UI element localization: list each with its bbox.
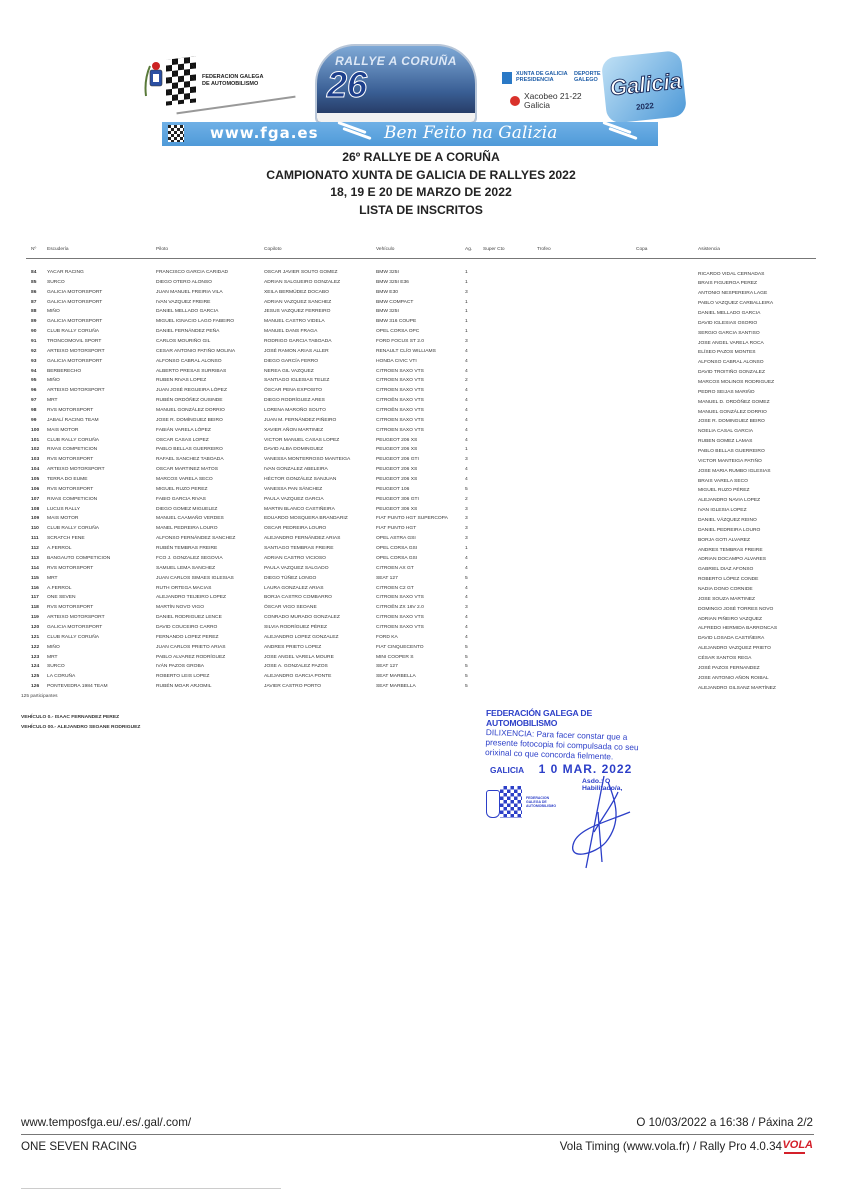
entry-pilot: DANIEL MELLADO GARCIA xyxy=(156,307,218,317)
table-row: 96ARTEIXO MOTORSPORTJUAN JOSÉ REGUEIRA L… xyxy=(0,386,842,396)
entry-number: 89 xyxy=(31,317,36,327)
table-row: 98RVS MOTORSPORTMANUEL GONZÁLEZ DORRIOLO… xyxy=(0,406,842,416)
entry-group: 4 xyxy=(465,465,468,475)
entry-group: 5 xyxy=(465,653,468,663)
entry-pilot: CESAR ANTONIO PATIÑO MOLINA xyxy=(156,347,235,357)
entry-group: 1 xyxy=(465,268,468,278)
table-row: 91TRONCOMOVIL SPORTCARLOS MOURIÑO GILROD… xyxy=(0,337,842,347)
entry-team: TRONCOMOVIL SPORT xyxy=(47,337,101,347)
entry-number: 99 xyxy=(31,416,36,426)
entry-pilot: MANUEL CAAMAÑO VERDES xyxy=(156,514,224,524)
entry-team: LUCUS RALLY xyxy=(47,505,80,515)
entry-number: 92 xyxy=(31,347,36,357)
entry-group: 4 xyxy=(465,416,468,426)
entry-pilot: ALEJANDRO TEIJEIRO LOPEZ xyxy=(156,593,226,603)
entry-number: 110 xyxy=(31,524,39,534)
entry-number: 97 xyxy=(31,396,36,406)
footer-url: www.temposfga.eu/.es/.gal/.com/ xyxy=(21,1116,191,1129)
entry-vehicle: BMW 325I xyxy=(376,268,399,278)
entry-pilot: SAMUEL LEMA SANCHEZ xyxy=(156,564,215,574)
entry-vehicle: PEUGEOT 206 XS xyxy=(376,465,417,475)
entry-vehicle: OPEL CORSA OPC xyxy=(376,327,419,337)
entry-pilot: MIGUEL RUZO PEREZ xyxy=(156,485,207,495)
entry-group: 3 xyxy=(465,603,468,613)
entry-team: MIÑO xyxy=(47,307,60,317)
entry-vehicle: PEUGEOT 206 XS xyxy=(376,475,417,485)
entry-number: 87 xyxy=(31,298,36,308)
entry-pilot: JOSE R. DOMÍNGUEZ BEIRO xyxy=(156,416,223,426)
header-divider xyxy=(26,258,816,259)
table-row: 112A.FERROLRUBÉN TEMBRAS FREIRESANTIAGO … xyxy=(0,544,842,554)
entry-team: CLUB RALLY CORUÑA xyxy=(47,436,99,446)
table-row: 116A.FERROLRUTH ORTEGA MACIASLAURA GONZA… xyxy=(0,584,842,594)
entry-copilot: DAVID ALBA DOMINGUEZ xyxy=(264,445,323,455)
entry-copilot: OSCAR JAVIER SOUTO GOMEZ xyxy=(264,268,337,278)
entry-group: 4 xyxy=(465,554,468,564)
entry-vehicle: SEAT MARBELLA xyxy=(376,672,416,682)
fga-url: www.fga.es xyxy=(210,124,319,142)
checkered-flag-icon xyxy=(166,56,196,105)
table-row: 92ARTEIXO MOTORSPORTCESAR ANTONIO PATIÑO… xyxy=(0,347,842,357)
table-row: 87GALICIA MOTORSPORTIVAN VAZQUEZ FREIREA… xyxy=(0,298,842,308)
entry-vehicle: PEUGEOT 306 GTI xyxy=(376,495,419,505)
entry-vehicle: CITROEN SAXO VTS xyxy=(376,426,424,436)
entry-pilot: RUTH ORTEGA MACIAS xyxy=(156,584,211,594)
table-row: 114RVS MOTORSPORTSAMUEL LEMA SANCHEZPAUL… xyxy=(0,564,842,574)
entry-copilot: ALEJANDRO GARCIA PONTE xyxy=(264,672,331,682)
table-row: 90CLUB RALLY CORUÑADANIEL FERNÁNDEZ PEÑA… xyxy=(0,327,842,337)
scan-edge-line xyxy=(21,1188,281,1189)
entry-group: 2 xyxy=(465,495,468,505)
header-pilot: Piloto xyxy=(156,247,168,252)
entry-vehicle: BMW 325I xyxy=(376,307,399,317)
entry-pilot: FABIÁN VARELA LÓPEZ xyxy=(156,426,211,436)
entry-vehicle: OPEL CORSA GSI xyxy=(376,554,417,564)
entry-number: 93 xyxy=(31,357,36,367)
participants-count: 125 participantes xyxy=(21,694,58,699)
entry-copilot: SILVIA RODRÍGUEZ PÉREZ xyxy=(264,623,327,633)
entry-number: 91 xyxy=(31,337,36,347)
header-trophy: Trofeo xyxy=(537,247,551,252)
entry-pilot: MARCOS VARELA SECO xyxy=(156,475,213,485)
entry-group: 4 xyxy=(465,564,468,574)
entry-pilot: OSCAR CASAS LOPEZ xyxy=(156,436,209,446)
entry-team: BANGAUTO COMPETICION xyxy=(47,554,110,564)
entry-group: 3 xyxy=(465,337,468,347)
entry-copilot: XAVIER AÑON MARTINEZ xyxy=(264,426,323,436)
entry-group: 1 xyxy=(465,544,468,554)
entry-group: 5 xyxy=(465,574,468,584)
entry-pilot: IVÁN PAZOS GROBA xyxy=(156,662,204,672)
entry-group: 4 xyxy=(465,357,468,367)
entry-pilot: ALBERTO PRESAS SURRIBAS xyxy=(156,367,226,377)
entry-vehicle: FIAT PUNTO HGT SUPERCOPA xyxy=(376,514,448,524)
championship-title: CAMPIONATO XUNTA DE GALICIA DE RALLYES 2… xyxy=(0,167,842,185)
entry-team: RVS MOTORSPORT xyxy=(47,564,93,574)
entry-group: 4 xyxy=(465,475,468,485)
table-row: 106RVS MOTORSPORTMIGUEL RUZO PEREZVANESS… xyxy=(0,485,842,495)
entry-vehicle: SEAT 127 xyxy=(376,574,398,584)
entry-vehicle: CITROEN SAXO VTS xyxy=(376,386,424,396)
entry-number: 123 xyxy=(31,653,39,663)
entry-number: 88 xyxy=(31,307,36,317)
certification-stamp: FEDERACIÓN GALEGA DE AUTOMOBILISMO DILIX… xyxy=(486,708,646,868)
entry-group: 4 xyxy=(465,396,468,406)
entry-team: ARTEIXO MOTORSPORT xyxy=(47,386,105,396)
entry-pilot: FABIO GARCIA RIVAS xyxy=(156,495,206,505)
course-vehicles: VEHÍCULO 0.- ISAAC FERNANDEZ PEREZ VEHÍC… xyxy=(21,713,140,732)
sponsor-logos: XUNTA DE GALICIA PRESIDENCIA DEPORTE GAL… xyxy=(502,70,612,120)
entry-pilot: CARLOS MOURIÑO GIL xyxy=(156,337,210,347)
entry-group: 4 xyxy=(465,347,468,357)
entry-number: 116 xyxy=(31,584,39,594)
entry-number: 120 xyxy=(31,623,39,633)
entry-pilot: RUBÉN TEMBRAS FREIRE xyxy=(156,544,217,554)
entry-copilot: NEREA GIL VAZQUEZ xyxy=(264,367,314,377)
entry-team: A.FERROL xyxy=(47,584,71,594)
table-row: 103RVS MOTORSPORTRAFAEL SANCHEZ TABOADAV… xyxy=(0,455,842,465)
entry-team: GALICIA MOTORSPORT xyxy=(47,298,102,308)
galicia-logo-text: Galicia xyxy=(609,68,683,101)
entry-team: ARTEIXO MOTORSPORT xyxy=(47,347,105,357)
entry-number: 102 xyxy=(31,445,39,455)
entry-copilot: DIEGO RODRÍGUEZ ARES xyxy=(264,396,325,406)
entry-number: 121 xyxy=(31,633,39,643)
entry-group: 1 xyxy=(465,445,468,455)
entry-number: 124 xyxy=(31,662,39,672)
entry-group: 3 xyxy=(465,505,468,515)
entry-pilot: PABLO BELLAS GUERREIRO xyxy=(156,445,223,455)
entry-team: A.FERROL xyxy=(47,544,71,554)
rally-plate-number: 26 xyxy=(327,64,367,106)
header-copilot: Copiloto xyxy=(264,247,282,252)
entry-group: 1 xyxy=(465,317,468,327)
entry-number: 109 xyxy=(31,514,39,524)
header-num: Nº xyxy=(31,247,36,252)
xacobeo-sub: Galicia xyxy=(524,100,550,110)
entry-group: 1 xyxy=(465,278,468,288)
entry-number: 98 xyxy=(31,406,36,416)
table-row: 102RIVAS COMPETICIONPABLO BELLAS GUERREI… xyxy=(0,445,842,455)
entry-team: MRT xyxy=(47,574,58,584)
entry-copilot: DIEGO GARCÍA FERRO xyxy=(264,357,318,367)
entry-copilot: JOSE ANGEL VARELA MOURE xyxy=(264,653,334,663)
entry-copilot: MARTIN BLANCO CASTIÑEIRA xyxy=(264,505,335,515)
header-cup: Copa xyxy=(636,247,647,252)
entry-team: ONE SEVEN xyxy=(47,593,76,603)
entry-copilot: HÉCTOR GONZÁLEZ SANJUAN xyxy=(264,475,336,485)
entry-team: GALICIA MOTORSPORT xyxy=(47,317,102,327)
entry-vehicle: CITROEN SAXO VTS xyxy=(376,623,424,633)
entry-copilot: DIEGO TÚÑEZ LONGO xyxy=(264,574,316,584)
entry-copilot: ALEJANDRO FERNÁNDEZ ARIAS xyxy=(264,534,340,544)
entry-copilot: JOSÉ RAMON ARIAS ALLER xyxy=(264,347,329,357)
table-row: 99JABALÍ RACING TEAMJOSE R. DOMÍNGUEZ BE… xyxy=(0,416,842,426)
table-row: 95MIÑORUBEN RIVAS LOPEZSANTIAGO IGLESIAS… xyxy=(0,376,842,386)
entry-team: MRT xyxy=(47,653,58,663)
entry-copilot: PAULA VAZQUEZ SALGADO xyxy=(264,564,329,574)
entry-pilot: ALFONSO CABRAL ALONSO xyxy=(156,357,222,367)
table-row: 104ARTEIXO MOTORSPORTOSCAR MARTINEZ MATO… xyxy=(0,465,842,475)
entry-copilot: CONRADO MURADO GONZALEZ xyxy=(264,613,340,623)
header-vehicle: Vehículo xyxy=(376,247,394,252)
entry-team: YACAR RACING xyxy=(47,268,84,278)
entry-pilot: MARTÍN NOVO VIGO xyxy=(156,603,204,613)
entry-copilot: PAULA VAZQUEZ GARCIA xyxy=(264,495,324,505)
entry-team: RVS MOTORSPORT xyxy=(47,406,93,416)
table-row: 101CLUB RALLY CORUÑAOSCAR CASAS LOPEZVIC… xyxy=(0,436,842,446)
table-row: 89GALICIA MOTORSPORTMIGUEL IGNACIO LAGO … xyxy=(0,317,842,327)
entry-group: 2 xyxy=(465,376,468,386)
entry-vehicle: PEUGEOT 206 GTI xyxy=(376,455,419,465)
entry-pilot: JUAN JOSÉ REGUEIRA LÓPEZ xyxy=(156,386,227,396)
entry-vehicle: FORD KA xyxy=(376,633,398,643)
entry-team: GALICIA MOTORSPORT xyxy=(47,623,102,633)
table-row: 108LUCUS RALLYDIEGO GOMEZ MIGUELEZMARTIN… xyxy=(0,505,842,515)
entry-number: 108 xyxy=(31,505,39,515)
entry-vehicle: BMW 316 COUPE xyxy=(376,317,416,327)
entry-group: 4 xyxy=(465,436,468,446)
entry-copilot: XEILA BERMÚDEZ DOCABO xyxy=(264,288,329,298)
entry-copilot: LAURA GONZALEZ ARIAS xyxy=(264,584,324,594)
entry-pilot: ROBERTO LEIS LOPEZ xyxy=(156,672,209,682)
entry-group: 3 xyxy=(465,288,468,298)
entry-pilot: MANEL PEDREIRA LOURO xyxy=(156,524,218,534)
table-row: 120GALICIA MOTORSPORTDAVID COUCEIRO CARR… xyxy=(0,623,842,633)
stamp-fga-logo: FEDERACION GALEGA DE AUTOMOBILISMO xyxy=(486,786,536,822)
entry-number: 111 xyxy=(31,534,39,544)
entry-pilot: MIGUEL IGNACIO LAGO FABEIRO xyxy=(156,317,234,327)
header-super: Super Cto xyxy=(483,247,505,252)
entry-team: CLUB RALLY CORUÑA xyxy=(47,524,99,534)
entry-list: 84YACAR RACINGFRANCISCO GARCIA CARIDADOS… xyxy=(0,268,842,692)
entry-pilot: JUAN CARLOS SIMAES IGLESIAS xyxy=(156,574,234,584)
federation-name: FEDERACION GALEGA DE AUTOMOBILISMO xyxy=(202,74,272,88)
entry-pilot: DIEGO OTERO ALONSO xyxy=(156,278,212,288)
entry-pilot: DIEGO GOMEZ MIGUELEZ xyxy=(156,505,217,515)
table-row: 84YACAR RACINGFRANCISCO GARCIA CARIDADOS… xyxy=(0,268,842,278)
entry-group: 5 xyxy=(465,485,468,495)
galicia-logo-year: 2022 xyxy=(636,101,655,112)
list-title: LISTA DE INSCRITOS xyxy=(0,202,842,220)
table-row: 113BANGAUTO COMPETICIONFCO J. GONZALEZ S… xyxy=(0,554,842,564)
entry-team: RIVAS COMPETICION xyxy=(47,445,97,455)
entry-copilot: EDUARDO MOSQUERA BRANDARIZ xyxy=(264,514,348,524)
entry-copilot: ALEJANDRO LOPEZ GONZALEZ xyxy=(264,633,338,643)
table-row: 107RIVAS COMPETICIONFABIO GARCIA RIVASPA… xyxy=(0,495,842,505)
entry-group: 4 xyxy=(465,584,468,594)
entry-pilot: RUBÉN MOAR ARJOMIL xyxy=(156,682,211,692)
entry-copilot: SANTIAGO TEMBRAS FREIRE xyxy=(264,544,333,554)
entry-vehicle: CITROEN SAXO VTS xyxy=(376,376,424,386)
event-banner: FEDERACION GALEGA DE AUTOMOBILISMO RALLY… xyxy=(140,48,690,120)
entry-copilot: ANDRES PRIETO LOPEZ xyxy=(264,643,321,653)
entry-number: 90 xyxy=(31,327,36,337)
entry-copilot: BORJA CASTRO COMBARRO xyxy=(264,593,332,603)
entry-vehicle: FIAT PUNTO HGT xyxy=(376,524,416,534)
entry-copilot: RODRIGO GARCIA TABOADA xyxy=(264,337,331,347)
entry-number: 107 xyxy=(31,495,39,505)
table-row: 118RVS MOTORSPORTMARTÍN NOVO VIGOÓSCAR V… xyxy=(0,603,842,613)
entry-pilot: MANUEL GONZÁLEZ DORRIO xyxy=(156,406,225,416)
entry-group: 5 xyxy=(465,682,468,692)
table-row: 100MAIS MOTORFABIÁN VARELA LÓPEZXAVIER A… xyxy=(0,426,842,436)
entry-group: 4 xyxy=(465,426,468,436)
entry-number: 94 xyxy=(31,367,36,377)
entry-pilot: FERNANDO LOPEZ PEREZ xyxy=(156,633,219,643)
entry-number: 96 xyxy=(31,386,36,396)
table-row: 110CLUB RALLY CORUÑAMANEL PEDREIRA LOURO… xyxy=(0,524,842,534)
entry-pilot: FCO J. GONZALEZ SEGOVIA xyxy=(156,554,223,564)
xunta-sub: PRESIDENCIA xyxy=(516,77,554,83)
entry-vehicle: CITROEN SAXO VTS xyxy=(376,416,424,426)
stamp-text: DILIXENCIA: Para facer constar que a pre… xyxy=(485,728,646,763)
entry-number: 100 xyxy=(31,426,39,436)
entry-group: 5 xyxy=(465,662,468,672)
entry-number: 103 xyxy=(31,455,39,465)
entry-team: GALICIA MOTORSPORT xyxy=(47,357,102,367)
entry-pilot: RUBÉN ORDÓÑEZ OUSINDE xyxy=(156,396,223,406)
entry-vehicle: CITROEN SAXO VTS xyxy=(376,593,424,603)
entry-copilot: SANTIAGO IGLESIAS TELEZ xyxy=(264,376,329,386)
entry-vehicle: OPEL CORSA GSI xyxy=(376,544,417,554)
entry-copilot: IVAN GONZALEZ ABELEIRA xyxy=(264,465,328,475)
checkered-flag-icon xyxy=(500,786,522,818)
entry-group: 4 xyxy=(465,613,468,623)
sponsor-strip xyxy=(317,113,475,122)
entry-team: SURCO xyxy=(47,278,65,288)
entry-vehicle: HONDA CIVIC VTI xyxy=(376,357,417,367)
table-row: 86GALICIA MOTORSPORTJUAN MANUEL FREIRIA … xyxy=(0,288,842,298)
table-row: 123MRTPABLO ALVAREZ RODRÍGUEZJOSE ANGEL … xyxy=(0,653,842,663)
entry-copilot: ADRIAN VAZQUEZ SANCHEZ xyxy=(264,298,331,308)
entry-vehicle: CITROËN SAXO VTS xyxy=(376,396,424,406)
vehicle-note: VEHÍCULO 00.- ALEJANDRO SEOANE RODRIGUEZ xyxy=(21,723,140,733)
entry-copilot: VANESSA MONTERROSO MANTEIGA xyxy=(264,455,350,465)
table-row: 94BERBERECHOALBERTO PRESAS SURRIBASNEREA… xyxy=(0,367,842,377)
entry-number: 115 xyxy=(31,574,39,584)
entry-team: LA CORUÑA xyxy=(47,672,75,682)
table-row: 125LA CORUÑAROBERTO LEIS LOPEZALEJANDRO … xyxy=(0,672,842,682)
table-row: 85SURCODIEGO OTERO ALONSOADRIAN SALGUEIR… xyxy=(0,278,842,288)
entry-group: 3 xyxy=(465,455,468,465)
entry-group: 4 xyxy=(465,367,468,377)
entry-vehicle: BMW COMPACT xyxy=(376,298,413,308)
xacobeo-icon xyxy=(510,96,520,106)
table-row: 105TERRA DO EUMEMARCOS VARELA SECOHÉCTOR… xyxy=(0,475,842,485)
table-row: 88MIÑODANIEL MELLADO GARCIAJESUS VAZQUEZ… xyxy=(0,307,842,317)
entry-copilot: ADRIAN SALGUEIRO GONZALEZ xyxy=(264,278,340,288)
entry-vehicle: CITROEN SAXO VTS xyxy=(376,613,424,623)
entry-group: 5 xyxy=(465,672,468,682)
xunta-flag-icon xyxy=(502,72,512,84)
entry-vehicle: SEAT 127 xyxy=(376,662,398,672)
entry-vehicle: OPEL ASTRA GSI xyxy=(376,534,416,544)
header-group: Ag. xyxy=(465,247,472,252)
entry-pilot: OSCAR MARTINEZ MATOS xyxy=(156,465,218,475)
entry-number: 114 xyxy=(31,564,39,574)
entry-team: MIÑO xyxy=(47,376,60,386)
entry-copilot: JESUS VAZQUEZ FERREIRO xyxy=(264,307,330,317)
entry-number: 113 xyxy=(31,554,39,564)
entry-pilot: DAVID COUCEIRO CARRO xyxy=(156,623,217,633)
entry-vehicle: CITROËN SAXO VTS xyxy=(376,406,424,416)
entry-number: 95 xyxy=(31,376,36,386)
entry-team: TERRA DO EUME xyxy=(47,475,88,485)
entry-team: RVS MOTORSPORT xyxy=(47,485,93,495)
entry-number: 85 xyxy=(31,278,36,288)
table-row: 97MRTRUBÉN ORDÓÑEZ OUSINDEDIEGO RODRÍGUE… xyxy=(0,396,842,406)
entry-pilot: RAFAEL SANCHEZ TABOADA xyxy=(156,455,224,465)
entry-pilot: JUAN CARLOS PRIETO ARIAS xyxy=(156,643,225,653)
table-header: Nº Escudería Piloto Copiloto Vehículo Ag… xyxy=(0,247,842,257)
crest-icon xyxy=(486,790,500,818)
entry-number: 118 xyxy=(31,603,39,613)
entry-number: 101 xyxy=(31,436,39,446)
document-titles: 26º RALLYE DE A CORUÑA CAMPIONATO XUNTA … xyxy=(0,149,842,219)
entry-team: CLUB RALLY CORUÑA xyxy=(47,633,99,643)
entry-vehicle: FORD FOCUS ST 2.0 xyxy=(376,337,424,347)
entry-vehicle: CITROEN C2 GT xyxy=(376,584,414,594)
fga-logo: FEDERACION GALEGA DE AUTOMOBILISMO xyxy=(140,56,300,120)
entry-group: 1 xyxy=(465,307,468,317)
entry-team: SURCO xyxy=(47,662,65,672)
entry-copilot: ADRIAN CASTRO VICIOSO xyxy=(264,554,326,564)
entry-vehicle: CITROËN ZX 16V 2.0 xyxy=(376,603,424,613)
entry-team: BERBERECHO xyxy=(47,367,81,377)
entry-number: 122 xyxy=(31,643,39,653)
footer-divider xyxy=(21,1134,814,1135)
entry-pilot: JUAN MANUEL FREIRIA VILA xyxy=(156,288,223,298)
entry-number: 86 xyxy=(31,288,36,298)
entry-group: 4 xyxy=(465,406,468,416)
table-row: 93GALICIA MOTORSPORTALFONSO CABRAL ALONS… xyxy=(0,357,842,367)
table-row: 115MRTJUAN CARLOS SIMAES IGLESIASDIEGO T… xyxy=(0,574,842,584)
entry-team: ARTEIXO MOTORSPORT xyxy=(47,613,105,623)
entry-team: RVS MOTORSPORT xyxy=(47,455,93,465)
entry-vehicle: PEUGEOT 206 XS xyxy=(376,436,417,446)
entry-pilot: FRANCISCO GARCIA CARIDAD xyxy=(156,268,228,278)
entry-copilot: VICTOR MANUEL CASAS LOPEZ xyxy=(264,436,339,446)
entry-team: RIVAS COMPETICION xyxy=(47,495,97,505)
entry-vehicle: RENAULT CLÍO WILLIAMS xyxy=(376,347,436,357)
entry-vehicle: PEUGEOT 206 XS xyxy=(376,445,417,455)
xacobeo-label: Xacobeo 21-22 Galicia xyxy=(524,92,582,110)
entry-vehicle: SEAT MARBELLA xyxy=(376,682,416,692)
entry-copilot: ÓSCAR PENA EXPOSITO xyxy=(264,386,322,396)
entry-copilot: OSCAR PEDREIRA LOURO xyxy=(264,524,326,534)
entry-pilot: DANIEL FERNÁNDEZ PEÑA xyxy=(156,327,219,337)
entry-copilot: MANUEL DANS FRAGA xyxy=(264,327,317,337)
table-row: 109MAIS MOTORMANUEL CAAMAÑO VERDESEDUARD… xyxy=(0,514,842,524)
stamp-organization: FEDERACIÓN GALEGA DE AUTOMOBILISMO xyxy=(486,708,646,728)
footer-timestamp: O 10/03/2022 a 16:38 / Páxina 2/2 xyxy=(636,1116,813,1129)
entry-number: 126 xyxy=(31,682,39,692)
entry-number: 106 xyxy=(31,485,39,495)
entry-number: 119 xyxy=(31,613,39,623)
footer-software: Vola Timing (www.vola.fr) / Rally Pro 4.… xyxy=(560,1140,782,1153)
table-row: 121CLUB RALLY CORUÑAFERNANDO LOPEZ PEREZ… xyxy=(0,633,842,643)
entry-copilot: MANUEL CASTRO VIDELA xyxy=(264,317,325,327)
entry-team: JABALÍ RACING TEAM xyxy=(47,416,99,426)
entry-assistance: ALEJANDRO GILSANZ MARTÍNEZ xyxy=(698,684,776,694)
entry-copilot: ÓSCAR VIGO SEOANE xyxy=(264,603,317,613)
entry-pilot: PABLO ALVAREZ RODRÍGUEZ xyxy=(156,653,225,663)
entry-vehicle: BMW E30 xyxy=(376,288,398,298)
entry-group: 4 xyxy=(465,386,468,396)
entry-group: 3 xyxy=(465,534,468,544)
entry-group: 3 xyxy=(465,514,468,524)
